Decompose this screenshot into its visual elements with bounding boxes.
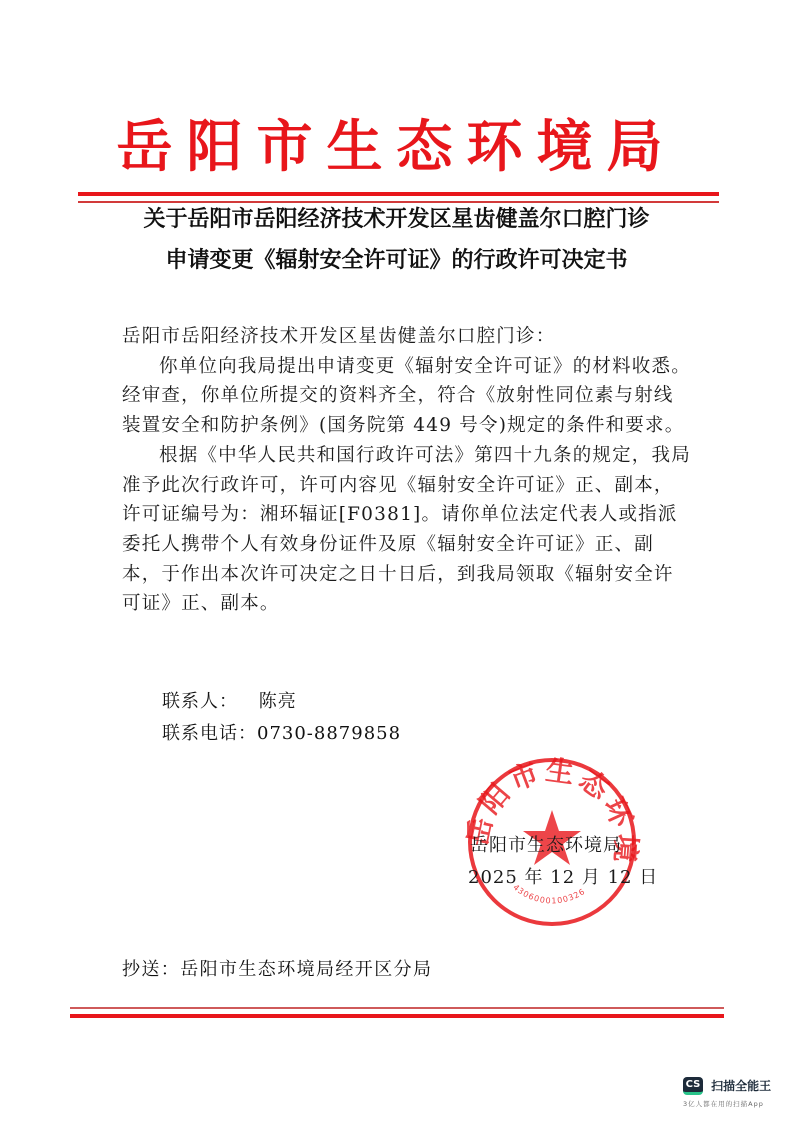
body-paragraph-2: 根据《中华人民共和国行政许可法》第四十九条的规定，我局准予此次行政许可，许可内容… bbox=[122, 441, 692, 619]
document-title-line1: 关于岳阳市岳阳经济技术开发区星齿健盖尔口腔门诊 bbox=[0, 205, 793, 235]
body-paragraph-1: 你单位向我局提出申请变更《辐射安全许可证》的材料收悉。经审查，你单位所提交的资料… bbox=[122, 352, 692, 441]
scanner-watermark: CS 扫描全能王 3亿人都在用的扫描App bbox=[683, 1075, 788, 1108]
contact-person-name: 陈亮 bbox=[259, 691, 297, 712]
watermark-tagline: 3亿人都在用的扫描App bbox=[683, 1099, 788, 1108]
contact-phone-number: 0730-8879858 bbox=[257, 723, 401, 744]
issuer-name: 岳阳市生态环境局 bbox=[468, 830, 658, 862]
cc-line: 抄送：岳阳市生态环境局经开区分局 bbox=[122, 955, 432, 981]
masthead-title: 岳阳市生态环境局 bbox=[0, 112, 793, 182]
signature-block: 岳阳市生态环境局 2025 年 12 月 12 日 bbox=[468, 830, 658, 894]
watermark-brand-row: CS 扫描全能王 bbox=[683, 1075, 788, 1095]
header-rule-thick bbox=[78, 192, 719, 196]
header-rule-thin bbox=[78, 201, 719, 203]
contact-phone-label: 联系电话： bbox=[162, 723, 257, 744]
cc-recipient: 岳阳市生态环境局经开区分局 bbox=[180, 959, 432, 980]
document-body: 岳阳市岳阳经济技术开发区星齿健盖尔口腔门诊： 你单位向我局提出申请变更《辐射安全… bbox=[122, 322, 692, 619]
watermark-app-name: 扫描全能王 bbox=[711, 1079, 771, 1093]
footer-rule-thick bbox=[70, 1014, 724, 1018]
document-title-line2: 申请变更《辐射安全许可证》的行政许可决定书 bbox=[0, 246, 793, 276]
issue-date: 2025 年 12 月 12 日 bbox=[468, 862, 658, 894]
cc-label: 抄送： bbox=[122, 959, 180, 980]
footer-rule-thin bbox=[70, 1007, 724, 1009]
contact-person-row: 联系人： 陈亮 bbox=[162, 688, 401, 716]
contact-person-label: 联系人： bbox=[162, 691, 238, 712]
contact-block: 联系人： 陈亮 联系电话：0730-8879858 bbox=[162, 688, 401, 748]
camscanner-logo-icon: CS bbox=[683, 1077, 703, 1095]
salutation: 岳阳市岳阳经济技术开发区星齿健盖尔口腔门诊： bbox=[122, 322, 692, 352]
contact-phone-row: 联系电话：0730-8879858 bbox=[162, 720, 401, 748]
